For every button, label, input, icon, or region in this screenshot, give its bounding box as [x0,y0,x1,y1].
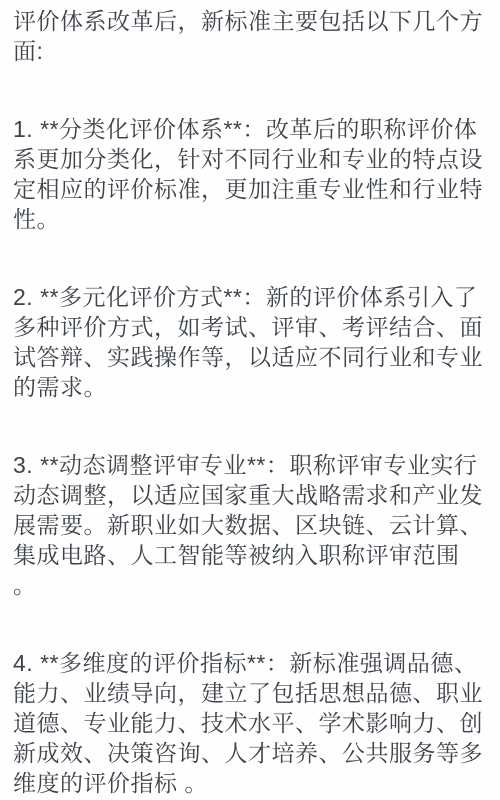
document-body: 评价体系改革后，新标准主要包括以下几个方 面: 1. **分类化评价体系**：改… [0,0,500,800]
list-item-2: 2. **多元化评价方式**：新的评价体系引入了 多种评价方式，如考试、评审、考… [13,282,488,402]
list-item-3: 3. **动态调整评审专业**：职称评审专业实行 动态调整，以适应国家重大战略需… [13,450,488,600]
list-item-1: 1. **分类化评价体系**：改革后的职称评价体 系更加分类化，针对不同行业和专… [13,114,488,234]
intro-paragraph: 评价体系改革后，新标准主要包括以下几个方 面: [13,6,488,66]
list-item-4: 4. **多维度的评价指标**：新标准强调品德、 能力、业绩导向，建立了包括思想… [13,648,488,798]
